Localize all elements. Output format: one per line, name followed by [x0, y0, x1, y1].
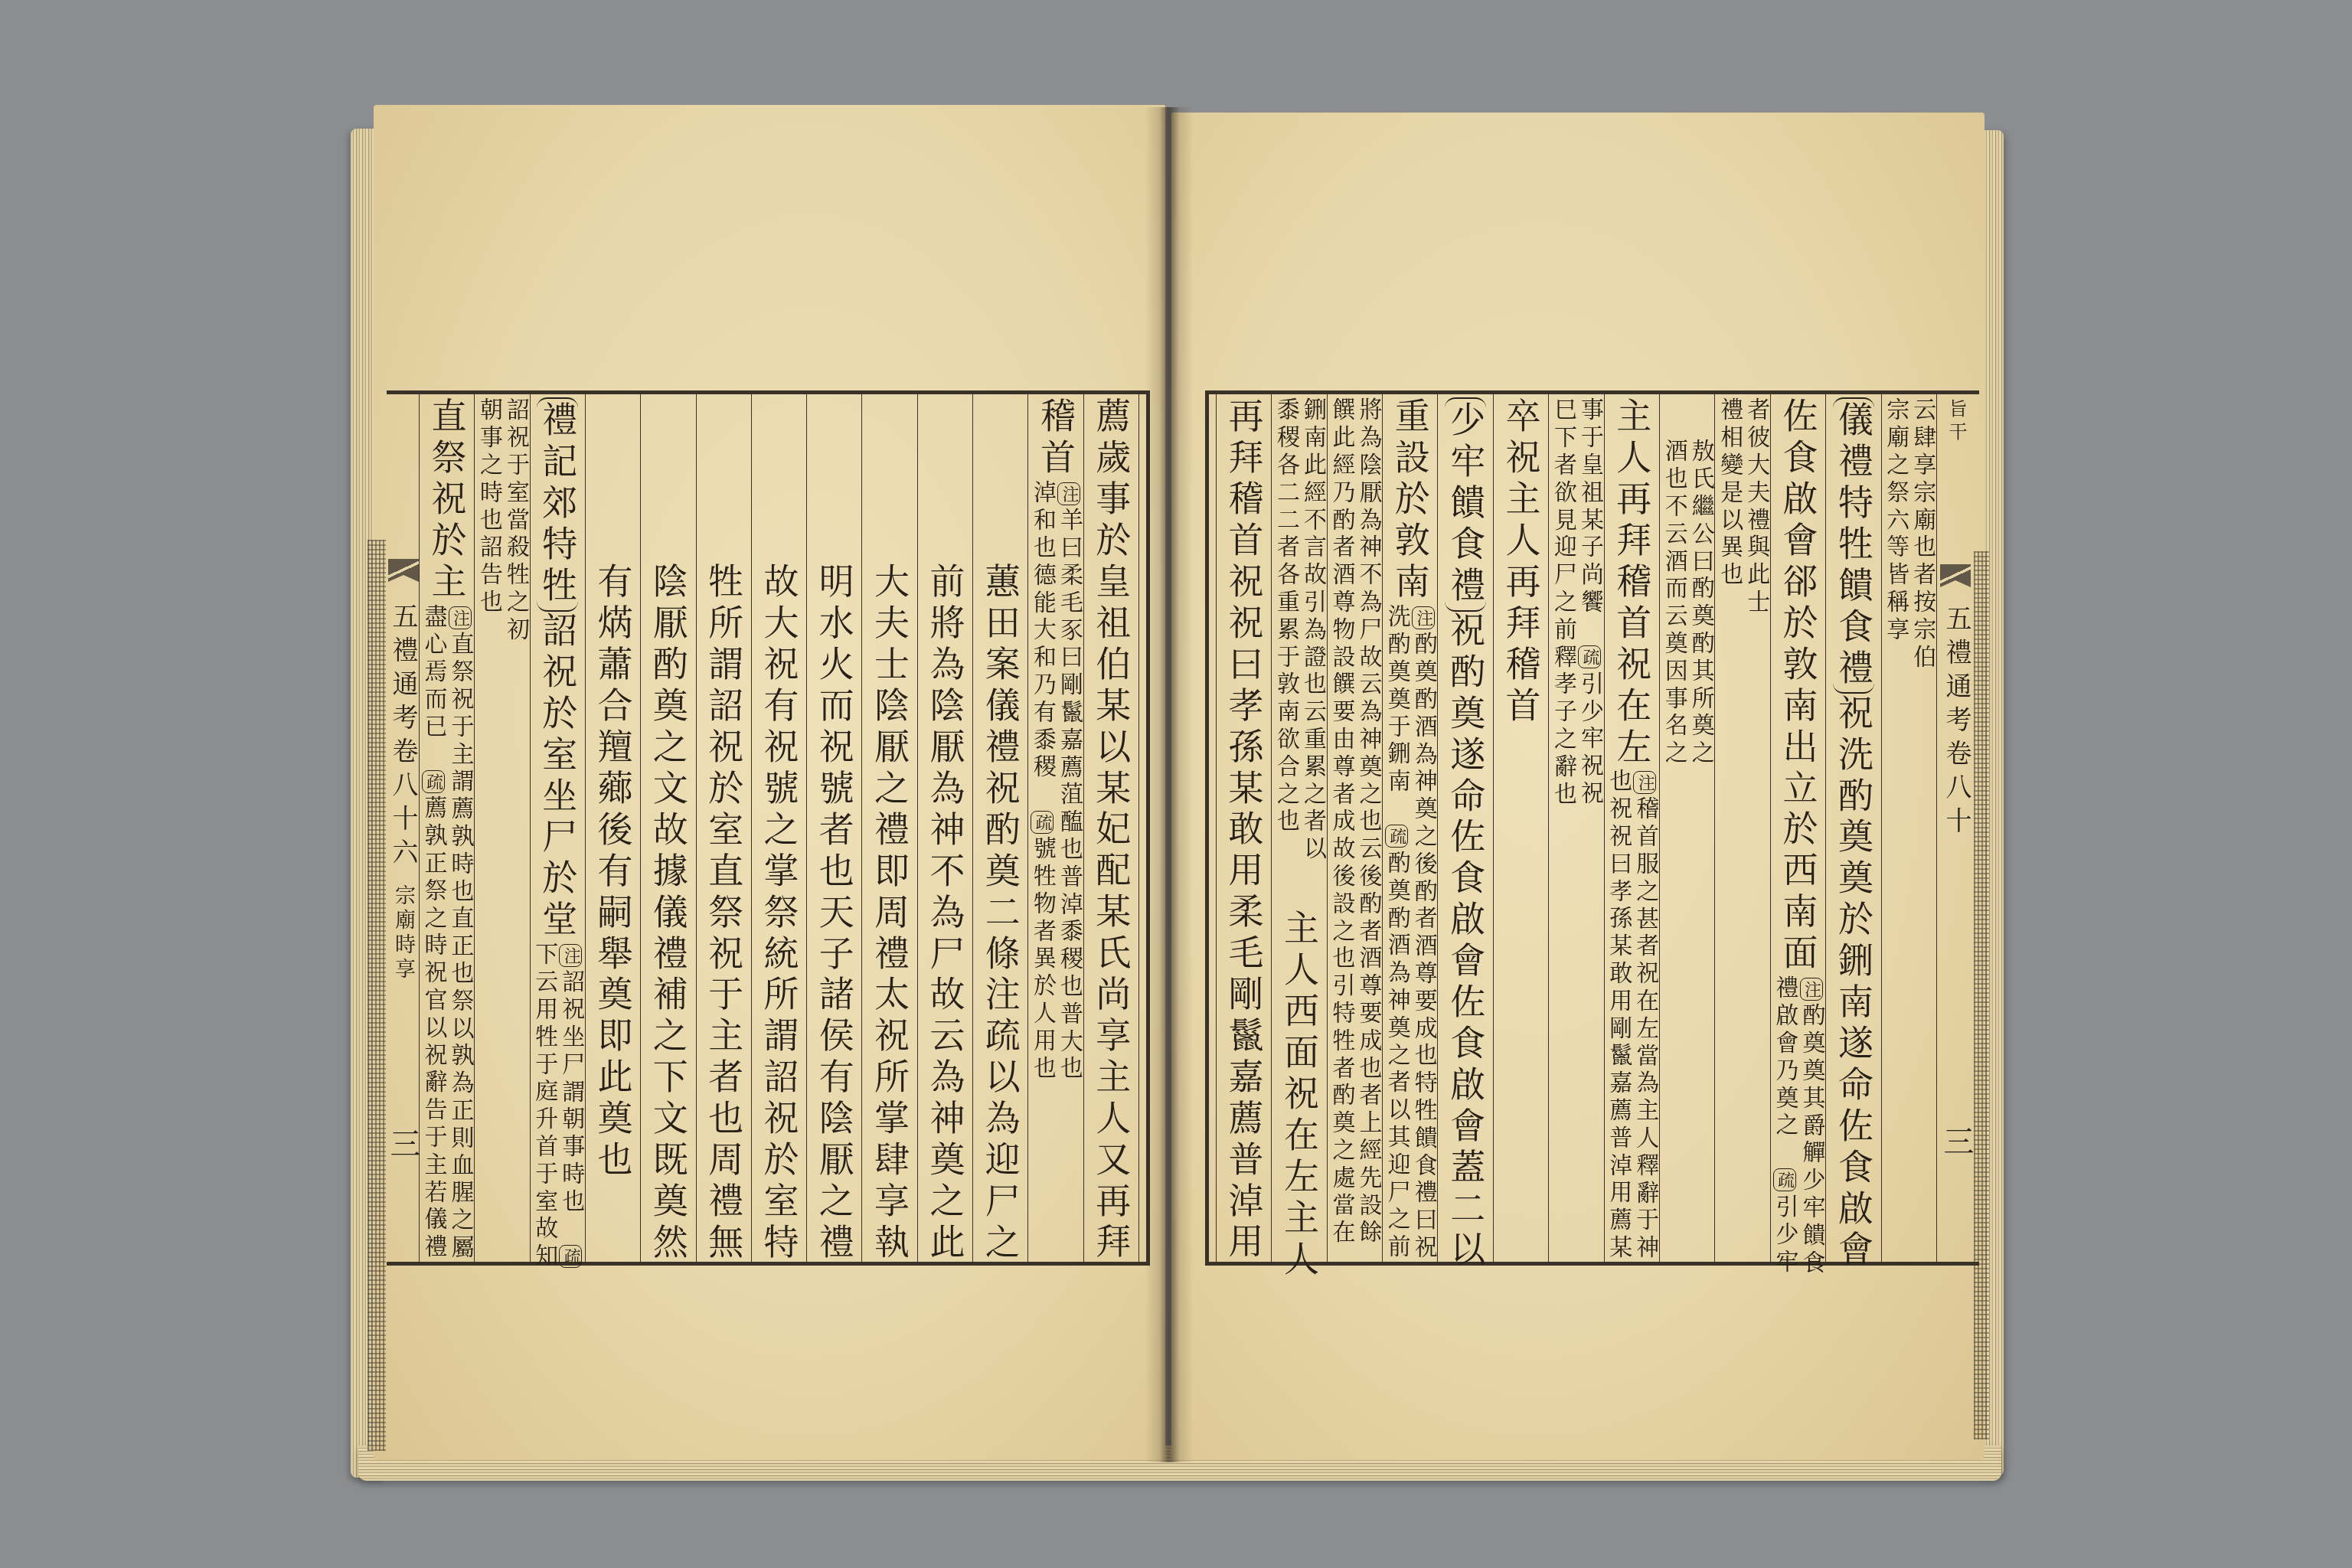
main-text-run: 牲所謂詔祝於室直祭祝于主者也周禮無 — [703, 563, 744, 1264]
main-text: 少牢饋食禮祝酌奠遂命佐食啟會佐食啟會蓋二以 — [1439, 397, 1492, 1272]
main-text-run: 再拜稽首祝祝曰孝孫某敢用柔毛剛鬣嘉薦普淖用 — [1223, 397, 1265, 1264]
commentary: 詔祝于室當殺牲之初 朝事之時也詔告也 — [475, 397, 529, 644]
text-column: 敖氏繼公曰酌奠酌其所奠之 酒也不云酒而云奠因事名之 — [1659, 394, 1714, 1262]
annotation-marker: 注 — [1057, 482, 1080, 505]
main-text: 薦歲事於皇祖伯某以某妃配某氏尚享主人又再拜 — [1084, 397, 1138, 1264]
text-column: 者彼大夫禮與此士 禮相變是以異也 — [1714, 394, 1769, 1262]
commentary: 將為陰厭為神不為尸故云為神奠之也云後酌者酒尊要成也者上經先設餘 饌此經乃酌者酒尊… — [1328, 397, 1381, 1247]
commentary: 鉶南此經不言故引為證也云重累之者以 黍稷各二二者各重累于敦南欲合之也 — [1272, 397, 1326, 864]
main-text: 主人再拜稽首祝在左 — [1605, 397, 1658, 769]
text-column: 蕙田案儀禮祝酌奠二條注疏以為迎尸之 — [972, 394, 1027, 1262]
fold-book-title: 五禮通考卷八十六 — [387, 603, 419, 872]
left-page-fold-margin: 五禮通考卷八十六 宗廟時享 三 — [387, 394, 419, 1262]
commentary-text: 饌此經乃酌者酒尊物設饌要由尊者成故後設之也引特牲者酌奠之處當在 — [1328, 397, 1354, 1247]
main-text: 稽首 — [1029, 397, 1083, 480]
main-text-run: 直祭祝於主 — [426, 397, 468, 604]
commentary-text: 酒也不云酒而云奠因事名之 — [1661, 439, 1687, 768]
commentary-line: 盡心焉而已疏薦孰正祭之時祝官以祝辭告于主若儀禮 — [420, 604, 447, 1262]
commentary-text: 洗酌奠奠于鉶南 — [1383, 604, 1410, 796]
commentary-text: 引少牢 — [1772, 1194, 1798, 1276]
annotation-marker: 注 — [1800, 978, 1823, 1001]
annotation-marker: 注 — [1412, 606, 1435, 629]
main-text-run: 祝酌奠遂命佐食啟會佐食啟會蓋二以 — [1445, 612, 1486, 1272]
main-text: 禮記郊特牲詔祝於室坐尸於堂 — [531, 397, 584, 942]
commentary-line: 淖和也德能大和乃有黍稷疏號牲物者異於人用也 — [1029, 480, 1056, 1083]
commentary: 注酌奠酌酒為神奠之後酌者酒尊要成也特牲饋食禮曰祝 洗酌奠奠于鉶南疏酌奠酌酒為神奠… — [1383, 604, 1437, 1262]
commentary: 云肆享宗廟也者按宗伯 宗廟之祭六等皆稱享 — [1882, 397, 1935, 671]
commentary-text: 鉶南此經不言故引為證也云重累之者以 — [1299, 397, 1326, 864]
left-fold-ink-mark — [367, 540, 386, 1451]
fishtail-mark-icon — [1940, 564, 1971, 587]
text-column: 直祭祝於主 注直祭祝于主謂薦孰時也直正也祭以孰為正則血腥之屬 盡心焉而已疏薦孰正… — [419, 394, 474, 1262]
commentary-text: 宗廟之祭六等皆稱享 — [1882, 397, 1909, 644]
fishtail-mark-icon — [388, 559, 419, 582]
text-column: 前將為陰厭為神不為尸故云為神奠之此 — [917, 394, 972, 1262]
main-text: 大夫士陰厭之禮即周禮太祝所掌肆享執 — [863, 563, 916, 1264]
text-column: 禮記郊特牲詔祝於室坐尸於堂 注詔祝坐尸謂朝事時也疏 下云用牲于庭升首于室故知 — [530, 394, 585, 1262]
main-text: 重設於敦南 — [1383, 397, 1437, 604]
commentary-text: 黍稷各二二者各重累于敦南欲合之也 — [1272, 397, 1299, 836]
commentary-line: 下云用牲于庭升首于室故知 — [531, 942, 557, 1271]
text-column: 少牢饋食禮祝酌奠遂命佐食啟會佐食啟會蓋二以 — [1437, 394, 1492, 1262]
commentary-text: 直祭祝于主謂薦孰時也直正也祭以孰為正則血腥之屬 — [447, 632, 474, 1262]
main-text: 牲所謂詔祝於室直祭祝于主者也周禮無 — [697, 563, 750, 1264]
text-column: 佐食啟會郤於敦南出立於西南面 注酌奠奠其爵觶少牢饋食 禮啟會乃奠之疏引少牢 — [1770, 394, 1825, 1262]
text-column: 事于皇祖某子尚饗疏引少牢祝祝 巳下者欲見迎尸之前釋孝子之辭也 — [1548, 394, 1603, 1262]
commentary-text: 禮相變是以異也 — [1716, 397, 1743, 590]
fold-page-number: 三 — [1939, 1125, 1974, 1156]
book-gutter — [1145, 107, 1193, 1462]
commentary-text: 酌奠奠其爵觶少牢饋食 — [1798, 1003, 1825, 1277]
main-text-run: 陰厭酌奠之文故據儀禮補之下文既奠然 — [648, 563, 689, 1264]
text-column: 云肆享宗廟也者按宗伯 宗廟之祭六等皆稱享 — [1881, 394, 1936, 1262]
main-text: 直祭祝於主 — [420, 397, 474, 604]
annotation-marker: 疏 — [559, 1245, 582, 1268]
commentary: 注詔祝坐尸謂朝事時也疏 下云用牲于庭升首于室故知 — [531, 942, 584, 1271]
commentary-line: 事于皇祖某子尚饗疏引少牢祝祝 — [1576, 397, 1603, 808]
fold-page-number: 三 — [387, 1128, 419, 1158]
text-column: 將為陰厭為神不為尸故云為神奠之也云後酌者酒尊要成也者上經先設餘 饌此經乃酌者酒尊… — [1327, 394, 1382, 1262]
annotation-marker: 注 — [449, 606, 472, 629]
commentary: 事于皇祖某子尚饗疏引少牢祝祝 巳下者欲見迎尸之前釋孝子之辭也 — [1550, 397, 1603, 808]
commentary-text: 也祝祝曰孝孫某敢用剛鬣嘉薦普淖用薦某 — [1605, 769, 1632, 1262]
text-column: 大夫士陰厭之禮即周禮太祝所掌肆享執 — [861, 394, 916, 1262]
fold-book-title: 五禮通考卷八十 — [1939, 605, 1974, 841]
cited-book-title: 禮記郊特牲 — [537, 397, 578, 612]
main-text: 儀禮特牲饋食禮祝洗酌奠奠於鉶南遂命佐食啟會 — [1827, 397, 1880, 1272]
commentary-text: 事于皇祖某子尚饗 — [1576, 397, 1603, 616]
right-page-fold-margin: 旨干 五禮通考卷八十 三 — [1939, 394, 1974, 1262]
commentary-line: 注詔祝坐尸謂朝事時也疏 — [557, 942, 584, 1271]
commentary-text: 酌奠酌酒為神奠之者以其迎尸之前 — [1383, 850, 1410, 1261]
annotation-marker: 疏 — [1578, 645, 1601, 668]
text-column: 有焫蕭合羶薌後有嗣舉奠即此奠也 — [585, 394, 640, 1262]
main-text-run: 蕙田案儀禮祝酌奠二條注疏以為迎尸之 — [980, 563, 1021, 1264]
commentary-text: 云肆享宗廟也者按宗伯 — [1909, 397, 1935, 671]
commentary-text: 詔祝坐尸謂朝事時也 — [557, 969, 584, 1216]
cited-book-title: 少牢饋食禮 — [1445, 397, 1486, 612]
fold-top-text: 旨干 — [1939, 399, 1974, 445]
annotation-marker: 疏 — [1031, 811, 1053, 834]
cited-book-title: 儀禮特牲饋食禮 — [1833, 397, 1874, 694]
left-page-columns: 薦歲事於皇祖伯某以某妃配某氏尚享主人又再拜 稽首 注羊曰柔毛豕曰剛鬣嘉薦菹醢也普… — [419, 394, 1139, 1262]
text-column: 重設於敦南 注酌奠酌酒為神奠之後酌者酒尊要成也特牲饋食禮曰祝 洗酌奠奠于鉶南疏酌… — [1382, 394, 1437, 1262]
commentary: 注羊曰柔毛豕曰剛鬣嘉薦菹醢也普淖黍稷也普大也 淖和也德能大和乃有黍稷疏號牲物者異… — [1029, 480, 1083, 1083]
commentary-line: 巳下者欲見迎尸之前釋孝子之辭也 — [1550, 397, 1576, 808]
main-text-run: 主人西面祝在左主人 — [1279, 910, 1320, 1281]
commentary-line: 注酌奠奠其爵觶少牢饋食 — [1798, 975, 1825, 1277]
text-column: 稽首 注羊曰柔毛豕曰剛鬣嘉薦菹醢也普淖黍稷也普大也 淖和也德能大和乃有黍稷疏號牲… — [1027, 394, 1083, 1262]
commentary-line: 鉶南此經不言故引為證也云重累之者以 — [1299, 397, 1326, 864]
main-text: 故大祝有祝號之掌祭統所謂詔祝於室特 — [752, 563, 805, 1264]
main-text: 再拜稽首祝祝曰孝孫某敢用柔毛剛鬣嘉薦普淖用 — [1217, 397, 1271, 1264]
text-column: 牲所謂詔祝於室直祭祝于主者也周禮無 — [696, 394, 751, 1262]
commentary-text: 巳下者欲見迎尸之前釋孝子之辭也 — [1550, 397, 1576, 808]
main-text-run: 詔祝於室坐尸於堂 — [537, 612, 578, 942]
commentary-line: 將為陰厭為神不為尸故云為神奠之也云後酌者酒尊要成也者上經先設餘 — [1354, 397, 1381, 1247]
annotation-marker: 注 — [1633, 771, 1656, 794]
commentary: 注直祭祝于主謂薦孰時也直正也祭以孰為正則血腥之屬 盡心焉而已疏薦孰正祭之時祝官以… — [420, 604, 474, 1262]
main-text: 前將為陰厭為神不為尸故云為神奠之此 — [918, 563, 972, 1264]
commentary: 注酌奠奠其爵觶少牢饋食 禮啟會乃奠之疏引少牢 — [1772, 975, 1825, 1277]
commentary-line: 饌此經乃酌者酒尊物設饌要由尊者成故後設之也引特牲者酌奠之處當在 — [1328, 397, 1354, 1247]
text-column: 陰厭酌奠之文故據儀禮補之下文既奠然 — [640, 394, 695, 1262]
commentary-line: 宗廟之祭六等皆稱享 — [1882, 397, 1909, 671]
commentary-text: 號牲物者異於人用也 — [1029, 836, 1056, 1083]
main-text-run: 重設於敦南 — [1390, 397, 1431, 604]
text-column: 再拜稽首祝祝曰孝孫某敢用柔毛剛鬣嘉薦普淖用 — [1216, 394, 1271, 1262]
main-text-run: 薦歲事於皇祖伯某以某妃配某氏尚享主人又再拜 — [1090, 397, 1132, 1264]
annotation-marker: 疏 — [422, 770, 445, 793]
commentary: 注稽首服之甚者祝在左當為主人釋辭于神 也祝祝曰孝孫某敢用剛鬣嘉薦普淖用薦某 — [1605, 769, 1658, 1263]
right-page-columns: 云肆享宗廟也者按宗伯 宗廟之祭六等皆稱享 儀禮特牲饋食禮祝洗酌奠奠於鉶南遂命佐食… — [1216, 394, 1937, 1262]
main-text-run: 卒祝主人再拜稽首 — [1501, 397, 1542, 727]
text-column: 卒祝主人再拜稽首 — [1493, 394, 1548, 1262]
commentary-text: 稽首服之甚者祝在左當為主人釋辭于神 — [1632, 796, 1658, 1263]
commentary-line: 注稽首服之甚者祝在左當為主人釋辭于神 — [1632, 769, 1658, 1263]
commentary: 敖氏繼公曰酌奠酌其所奠之 酒也不云酒而云奠因事名之 — [1661, 439, 1714, 768]
commentary-line: 洗酌奠奠于鉶南疏酌奠酌酒為神奠之者以其迎尸之前 — [1383, 604, 1410, 1262]
main-text: 陰厭酌奠之文故據儀禮補之下文既奠然 — [642, 563, 695, 1264]
main-text: 卒祝主人再拜稽首 — [1494, 397, 1548, 727]
commentary-line: 注直祭祝于主謂薦孰時也直正也祭以孰為正則血腥之屬 — [447, 604, 474, 1262]
commentary-text: 引少牢祝祝 — [1576, 671, 1603, 808]
text-column: 鉶南此經不言故引為證也云重累之者以 黍稷各二二者各重累于敦南欲合之也 主人西面祝… — [1271, 394, 1326, 1262]
commentary: 者彼大夫禮與此士 禮相變是以異也 — [1716, 397, 1769, 616]
commentary-line: 黍稷各二二者各重累于敦南欲合之也 — [1272, 397, 1299, 864]
commentary-line: 注羊曰柔毛豕曰剛鬣嘉薦菹醢也普淖黍稷也普大也 — [1056, 480, 1083, 1083]
commentary-text: 羊曰柔毛豕曰剛鬣嘉薦菹醢也普淖黍稷也普大也 — [1056, 508, 1083, 1083]
commentary-line: 注酌奠酌酒為神奠之後酌者酒尊要成也特牲饋食禮曰祝 — [1410, 604, 1437, 1262]
text-column: 明水火而祝號者也天子諸侯有陰厭之禮 — [806, 394, 861, 1262]
commentary-line: 禮啟會乃奠之疏引少牢 — [1772, 975, 1798, 1277]
main-text-run: 祝洗酌奠奠於鉶南遂命佐食啟會 — [1833, 694, 1874, 1272]
commentary-text: 禮啟會乃奠之 — [1772, 975, 1798, 1140]
commentary-text: 朝事之時也詔告也 — [475, 397, 502, 616]
commentary-text: 薦孰正祭之時祝官以祝辭告于主若儀禮 — [420, 795, 447, 1262]
annotation-marker: 注 — [559, 944, 582, 967]
annotation-marker: 疏 — [1385, 825, 1408, 848]
commentary-text: 敖氏繼公曰酌奠酌其所奠之 — [1687, 439, 1714, 768]
main-text-run: 佐食啟會郤於敦南出立於西南面 — [1778, 397, 1819, 975]
text-column: 主人再拜稽首祝在左 注稽首服之甚者祝在左當為主人釋辭于神 也祝祝曰孝孫某敢用剛鬣… — [1604, 394, 1659, 1262]
annotation-marker: 疏 — [1773, 1168, 1796, 1191]
commentary-text: 詔祝于室當殺牲之初 — [502, 397, 529, 644]
commentary-text: 酌奠酌酒為神奠之後酌者酒尊要成也特牲饋食禮曰祝 — [1410, 632, 1437, 1262]
commentary-text: 者彼大夫禮與此士 — [1743, 397, 1769, 616]
commentary-line: 朝事之時也詔告也 — [475, 397, 502, 644]
main-text: 主人西面祝在左主人 — [1272, 910, 1326, 1281]
text-column: 詔祝于室當殺牲之初 朝事之時也詔告也 — [474, 394, 529, 1262]
main-text: 有焫蕭合羶薌後有嗣舉奠即此奠也 — [586, 563, 640, 1182]
main-text-run: 稽首 — [1035, 397, 1076, 480]
main-text-run: 主人再拜稽首祝在左 — [1611, 397, 1652, 769]
commentary-text: 盡心焉而已 — [420, 604, 447, 741]
commentary-text: 淖和也德能大和乃有黍稷 — [1029, 480, 1056, 782]
fold-section-title: 宗廟時享 — [387, 884, 419, 982]
commentary-line: 詔祝于室當殺牲之初 — [502, 397, 529, 644]
commentary-line: 也祝祝曰孝孫某敢用剛鬣嘉薦普淖用薦某 — [1605, 769, 1632, 1263]
commentary-line: 者彼大夫禮與此士 — [1743, 397, 1769, 616]
text-column: 薦歲事於皇祖伯某以某妃配某氏尚享主人又再拜 — [1083, 394, 1138, 1262]
text-column: 故大祝有祝號之掌祭統所謂詔祝於室特 — [751, 394, 806, 1262]
main-text: 蕙田案儀禮祝酌奠二條注疏以為迎尸之 — [974, 563, 1027, 1264]
commentary-line: 敖氏繼公曰酌奠酌其所奠之 — [1687, 439, 1714, 768]
main-text-run: 明水火而祝號者也天子諸侯有陰厭之禮 — [814, 563, 855, 1264]
commentary-text: 將為陰厭為神不為尸故云為神奠之也云後酌者酒尊要成也者上經先設餘 — [1354, 397, 1381, 1247]
commentary-text: 下云用牲于庭升首于室故知 — [531, 942, 557, 1271]
main-text: 佐食啟會郤於敦南出立於西南面 — [1772, 397, 1825, 975]
commentary-line: 酒也不云酒而云奠因事名之 — [1661, 439, 1687, 768]
main-text-run: 大夫士陰厭之禮即周禮太祝所掌肆享執 — [869, 563, 910, 1264]
main-text-run: 前將為陰厭為神不為尸故云為神奠之此 — [924, 563, 965, 1264]
main-text: 明水火而祝號者也天子諸侯有陰厭之禮 — [808, 563, 861, 1264]
main-text-run: 有焫蕭合羶薌後有嗣舉奠即此奠也 — [593, 563, 634, 1182]
main-text-run: 故大祝有祝號之掌祭統所謂詔祝於室特 — [758, 563, 799, 1264]
commentary-line: 禮相變是以異也 — [1716, 397, 1743, 616]
text-column: 儀禮特牲饋食禮祝洗酌奠奠於鉶南遂命佐食啟會 — [1825, 394, 1880, 1262]
commentary-line: 云肆享宗廟也者按宗伯 — [1909, 397, 1935, 671]
